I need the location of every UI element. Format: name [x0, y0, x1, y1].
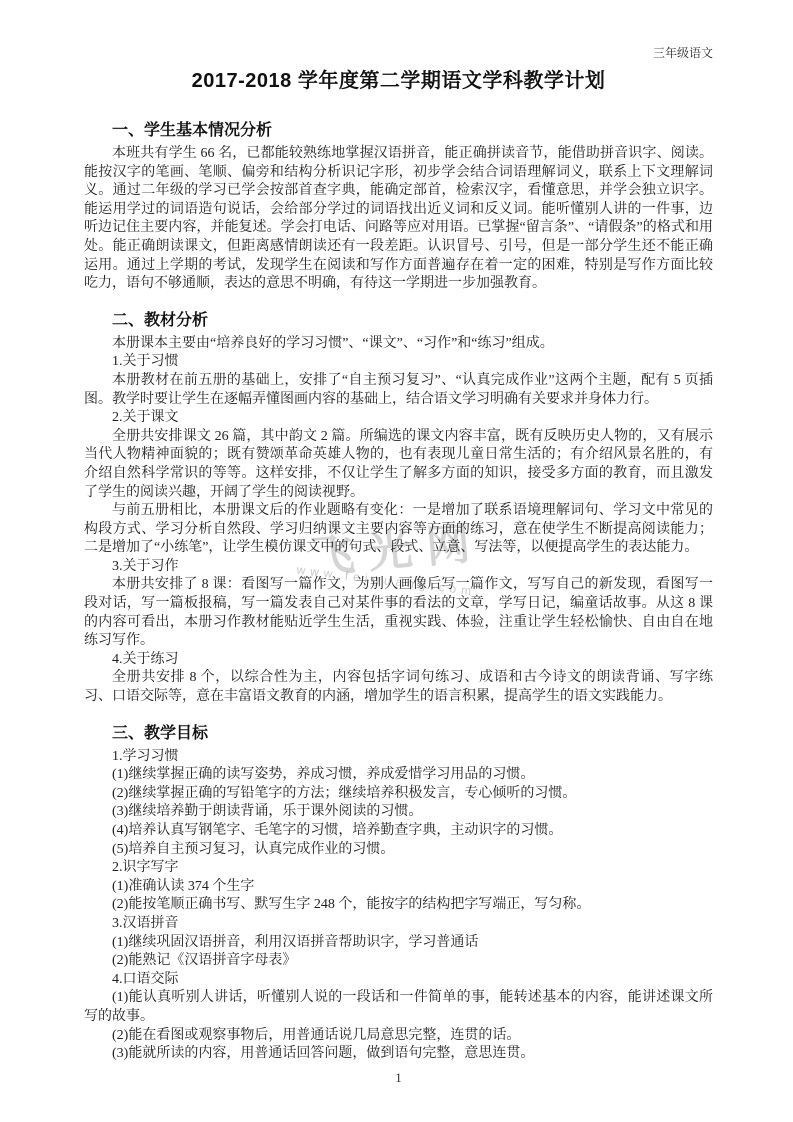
section-heading: 一、学生基本情况分析: [84, 121, 713, 141]
paragraph: 1.学习习惯: [84, 748, 713, 767]
paragraph: 本册教材在前五册的基础上，安排了“自主预习复习”、“认真完成作业”这两个主题，配…: [84, 372, 713, 409]
paragraph: 4.口语交际: [84, 971, 713, 990]
paragraph: 1.关于习惯: [84, 353, 713, 372]
paragraph: (3)继续培养勤于朗读背诵，乐于课外阅读的习惯。: [84, 803, 713, 822]
paragraph: 2.关于课文: [84, 409, 713, 428]
paragraph: (2)继续掌握正确的写铅笔字的方法；继续培养积极发言，专心倾听的习惯。: [84, 785, 713, 804]
document-title: 2017-2018 学年度第二学期语文学科教学计划: [84, 68, 713, 94]
paragraph: (3)能就所读的内容，用普通话回答问题，做到语句完整，意思连贯。: [84, 1045, 713, 1064]
paragraph: 全册共安排课文 26 篇，其中韵文 2 篇。所编选的课文内容丰富，既有反映历史人…: [84, 428, 713, 502]
section-3: 三、教学目标1.学习习惯(1)继续掌握正确的读写姿势，养成习惯，养成爱惜学习用品…: [84, 724, 713, 1064]
paragraph: 4.关于练习: [84, 651, 713, 670]
paragraph: 本册共安排了 8 课：看图写一篇作文，为别人画像后写一篇作文，写写自己的新发现，…: [84, 576, 713, 650]
document-body: 一、学生基本情况分析本班共有学生 66 名，已都能较熟练地掌握汉语拼音，能正确拼…: [84, 121, 713, 1064]
paragraph: (1)准确认读 374 个生字: [84, 878, 713, 897]
section-heading: 二、教材分析: [84, 311, 713, 331]
section-1: 一、学生基本情况分析本班共有学生 66 名，已都能较熟练地掌握汉语拼音，能正确拼…: [84, 121, 713, 294]
paragraph: (2)能熟记《汉语拼音字母表》: [84, 952, 713, 971]
paragraph: 全册共安排 8 个，以综合性为主，内容包括字词句练习、成语和古今诗文的朗读背诵、…: [84, 669, 713, 706]
paragraph: (2)能在看图或观察事物后，用普通话说几局意思完整，连贯的话。: [84, 1027, 713, 1046]
paragraph: 2.识字写字: [84, 859, 713, 878]
page-number: 1: [84, 1071, 713, 1086]
paragraph: 本班共有学生 66 名，已都能较熟练地掌握汉语拼音，能正确拼读音节，能借助拼音识…: [84, 145, 713, 294]
section-2: 二、教材分析本册课本主要由“培养良好的学习习惯”、“课文”、“习作”和“练习”组…: [84, 311, 713, 707]
header-grade-label: 三年级语文: [84, 46, 713, 60]
paragraph: 本册课本主要由“培养良好的学习习惯”、“课文”、“习作”和“练习”组成。: [84, 335, 713, 354]
document-page: 飞光网 www.feiguang.com 三年级语文 2017-2018 学年度…: [0, 0, 793, 1122]
paragraph: 与前五册相比，本册课文后的作业题略有变化：一是增加了联系语境理解词句、学习文中常…: [84, 502, 713, 558]
paragraph: 3.汉语拼音: [84, 915, 713, 934]
paragraph: (5)培养自主预习复习，认真完成作业的习惯。: [84, 841, 713, 860]
paragraph: (1)能认真听别人讲话，听懂别人说的一段话和一件简单的事，能转述基本的内容，能讲…: [84, 989, 713, 1026]
paragraph: 3.关于习作: [84, 558, 713, 577]
paragraph: (4)培养认真写钢笔字、毛笔字的习惯，培养勤查字典，主动识字的习惯。: [84, 822, 713, 841]
paragraph: (1)继续掌握正确的读写姿势，养成习惯，养成爱惜学习用品的习惯。: [84, 766, 713, 785]
section-heading: 三、教学目标: [84, 724, 713, 744]
paragraph: (1)继续巩固汉语拼音，利用汉语拼音帮助识字，学习普通话: [84, 934, 713, 953]
paragraph: (2)能按笔顺正确书写、默写生字 248 个，能按字的结构把字写端正，写匀称。: [84, 896, 713, 915]
